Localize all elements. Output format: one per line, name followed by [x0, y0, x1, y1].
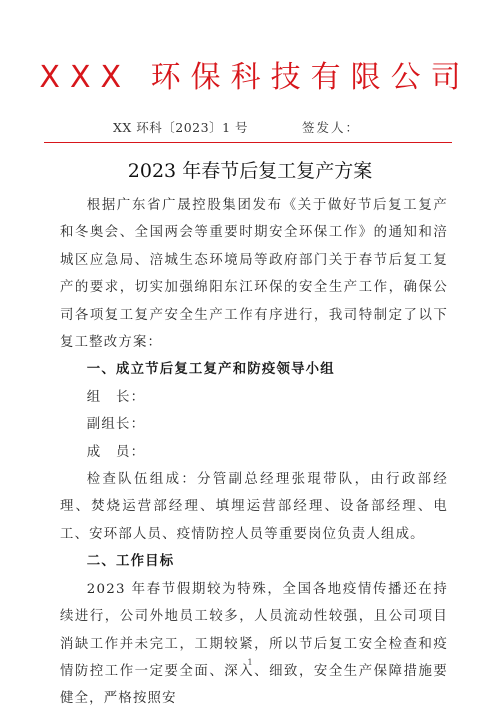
section-heading-2: 二、工作目标: [60, 548, 448, 575]
intro-paragraph: 根据广东省广晟控股集团发布《关于做好节后复工复产和冬奥会、全国两会等重要时期安全…: [60, 192, 448, 356]
document-body: 根据广东省广晟控股集团发布《关于做好节后复工复产和冬奥会、全国两会等重要时期安全…: [60, 192, 448, 707]
work-goal-paragraph: 2023 年春节假期较为特殊，全国各地疫情传播还在持续进行，公司外地员工较多，人…: [60, 576, 448, 707]
members-field: 成 员：: [60, 439, 448, 466]
company-letterhead: XXX 环保科技有限公司: [0, 58, 500, 98]
inspection-team-paragraph: 检查队伍组成：分管副总经理张琨带队，由行政部经理、焚烧运营部经理、填埋运营部经理…: [60, 466, 448, 548]
signer-label: 签发人：: [302, 118, 360, 136]
section-heading-1: 一、成立节后复工复产和防疫领导小组: [60, 356, 448, 383]
red-divider-line: [44, 142, 452, 143]
deputy-leader-field: 副组长：: [60, 411, 448, 438]
document-title: 2023 年春节后复工复产方案: [0, 158, 500, 184]
page-number: 1: [0, 658, 500, 667]
document-page: XXX 环保科技有限公司 XX 环科〔2023〕1 号 签发人： 2023 年春…: [0, 0, 500, 707]
document-meta-row: XX 环科〔2023〕1 号 签发人：: [0, 118, 500, 138]
document-number: XX 环科〔2023〕1 号: [113, 118, 248, 136]
group-leader-field: 组 长：: [60, 384, 448, 411]
